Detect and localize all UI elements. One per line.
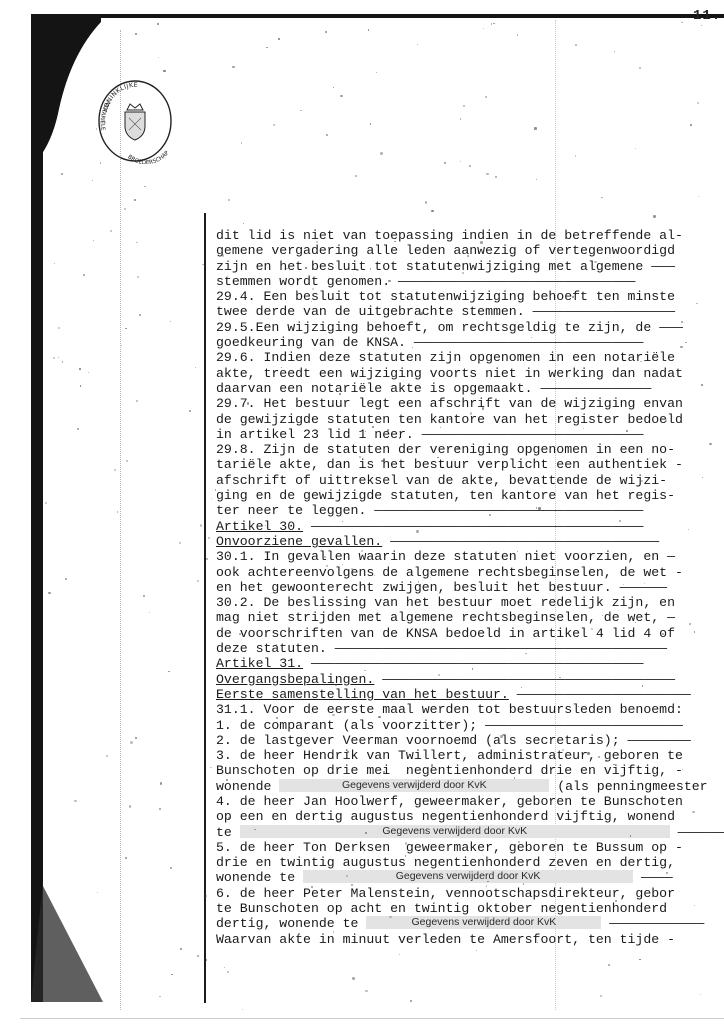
text-line: 30.1. In gevallen waarin deze statuten n… <box>216 549 724 564</box>
filler-dash-line: — <box>667 549 675 564</box>
text-line: Eerste samenstelling van het bestuur. ——… <box>216 687 724 702</box>
text-line-content: Waarvan akte in minuut verleden te Amers… <box>216 932 675 947</box>
text-line-content: te <box>216 825 240 840</box>
text-line: drie en twintig augustus negentienhonder… <box>216 855 724 870</box>
text-line: en het gewoonterecht zwijgen, besluit he… <box>216 580 724 595</box>
scan-bottom-shadow <box>31 880 111 1005</box>
scan-corner-shadow <box>31 14 101 174</box>
filler-dash-line: ——— <box>659 320 683 335</box>
text-line-content: ———————— <box>670 825 724 840</box>
filler-dash-line: ————————————————————————————————————————… <box>303 519 643 534</box>
text-line-content: 4. de heer Jan Hoolwerf, geweermaker, ge… <box>216 794 683 809</box>
text-line-content: ging en de gewijzigde statuten, ten kant… <box>216 488 675 503</box>
text-line: Bunschoten op drie mei negentienhonderd … <box>216 763 724 778</box>
filler-dash-line: ————————————————————————————————————————… <box>303 656 643 671</box>
text-line: zijn en het besluit tot statutenwijzigin… <box>216 259 724 274</box>
section-heading: Artikel 31. <box>216 656 303 671</box>
text-line-content: 3. de heer Hendrik van Twillert, adminis… <box>216 748 683 763</box>
notarial-seal-stamp: KONINKLIJKE NOTARIËLE BROEDERSCHAP <box>96 78 174 164</box>
text-line-content: 6. de heer Peter Malenstein, vennootscha… <box>216 886 675 901</box>
page-number: 11. <box>693 8 721 24</box>
text-line: deze statuten. —————————————————————————… <box>216 641 724 656</box>
text-line: tariële akte, dan is het bestuur verplic… <box>216 457 724 472</box>
text-line: wonende te Gegevens verwijderd door KvK … <box>216 870 724 885</box>
text-line: 3. de heer Hendrik van Twillert, adminis… <box>216 748 724 763</box>
crowned-shield-icon <box>125 104 145 140</box>
text-line-content: drie en twintig augustus negentienhonder… <box>216 855 675 870</box>
text-line: afschrift of uittreksel van de akte, bev… <box>216 473 724 488</box>
text-line-content: wonende <box>216 779 279 794</box>
text-line-content: wonende te <box>216 870 303 885</box>
stamp-right-text: BROEDERSCHAP <box>126 150 171 164</box>
text-line-content: in artikel 23 lid 1 neer. <box>216 427 422 442</box>
text-line-content: ook achtereenvolgens de algemene rechtsb… <box>216 565 683 580</box>
text-line: 5. de heer Ton Derksen geweermaker, gebo… <box>216 840 724 855</box>
redaction-box: Gegevens verwijderd door KvK <box>366 916 601 929</box>
text-line: ter neer te leggen. ————————————————————… <box>216 503 724 518</box>
text-line-content: 29.7. Het bestuur legt een afschrift van… <box>216 396 683 411</box>
text-line: dertig, wonende te Gegevens verwijderd d… <box>216 916 724 931</box>
filler-dash-line: —————————————————————— <box>509 687 691 702</box>
section-heading: Overgangsbepalingen. <box>216 672 374 687</box>
text-line-content: tariële akte, dan is het bestuur verplic… <box>216 457 683 472</box>
text-line-content: op een en dertig augustus negentienhonde… <box>216 809 675 824</box>
text-line: ook achtereenvolgens de algemene rechtsb… <box>216 565 724 580</box>
filler-dash-line: ———————— <box>628 733 691 748</box>
svg-text:BROEDERSCHAP: BROEDERSCHAP <box>126 150 171 164</box>
punch-hole-dotted-line <box>120 30 121 1010</box>
text-line: 6. de heer Peter Malenstein, vennootscha… <box>216 886 724 901</box>
text-line: 29.6. Indien deze statuten zijn opgenome… <box>216 350 724 365</box>
svg-text:NOTARIËLE: NOTARIËLE <box>99 100 111 132</box>
text-line: 31.1. Voor de eerste maal werden tot bes… <box>216 702 724 717</box>
scan-top-edge <box>32 14 724 18</box>
redaction-box: Gegevens verwijderd door KvK <box>279 779 549 792</box>
filler-dash-line: ————————————————————————————— <box>414 335 644 350</box>
text-line-content: afschrift of uittreksel van de akte, bev… <box>216 473 667 488</box>
section-heading: Eerste samenstelling van het bestuur. <box>216 687 509 702</box>
text-line: 2. de lastgever Veerman voornoemd (als s… <box>216 733 724 748</box>
text-line-content: dertig, wonende te <box>216 916 366 931</box>
text-line-content: 29.6. Indien deze statuten zijn opgenome… <box>216 350 675 365</box>
text-line: twee derde van de uitgebrachte stemmen. … <box>216 304 724 319</box>
filler-dash-line: ————————————————————————————————————————… <box>335 641 667 656</box>
text-line: Artikel 30. ————————————————————————————… <box>216 519 724 534</box>
text-line: 30.2. De beslissing van het bestuur moet… <box>216 595 724 610</box>
text-line: ging en de gewijzigde statuten, ten kant… <box>216 488 724 503</box>
filler-dash-line: ————————————————————————— <box>485 718 683 733</box>
filler-dash-line: ——— <box>651 259 675 274</box>
text-line-content: akte, treedt een wijziging voorts niet i… <box>216 366 683 381</box>
text-line: de voorschriften van de KNSA bedoeld in … <box>216 626 724 641</box>
filler-dash-line: —————————————————— <box>533 304 675 319</box>
text-line: Artikel 31. ————————————————————————————… <box>216 656 724 671</box>
text-line-content: ———————————— <box>601 916 704 931</box>
filler-dash-line: —————————————————————————————— <box>398 274 635 289</box>
text-line-content: (als penningmeester <box>549 779 707 794</box>
filler-dash-line: ————————————————————————————————————— <box>374 672 675 687</box>
text-line-content: 29.5.Een wijziging behoeft, om rechtsgel… <box>216 320 659 335</box>
text-line: Overgangsbepalingen. ———————————————————… <box>216 672 724 687</box>
text-line: 1. de comparant (als voorzitter); ——————… <box>216 718 724 733</box>
filler-dash-line: —————————————— <box>540 381 651 396</box>
text-line-content: 29.8. Zijn de statuten der vereniging op… <box>216 442 675 457</box>
text-line-content: gemene vergadering alle leden aanwezig o… <box>216 243 675 258</box>
text-line: goedkeuring van de KNSA. ———————————————… <box>216 335 724 350</box>
text-line-content: te Bunschoten op acht en twintig oktober… <box>216 901 667 916</box>
text-line-content: daarvan een notariële akte is opgemaakt. <box>216 381 540 396</box>
text-line: Onvoorziene gevallen. ——————————————————… <box>216 534 724 549</box>
redaction-box: Gegevens verwijderd door KvK <box>303 870 633 883</box>
filler-dash-line: —————————————————————————————————— <box>374 503 643 518</box>
text-line-content: dit lid is niet van toepassing indien in… <box>216 228 683 243</box>
text-line: gemene vergadering alle leden aanwezig o… <box>216 243 724 258</box>
text-line: dit lid is niet van toepassing indien in… <box>216 228 724 243</box>
text-line: mag niet strijden met algemene rechtsbeg… <box>216 610 724 625</box>
deed-text-body: dit lid is niet van toepassing indien in… <box>216 228 724 947</box>
text-line-content: stemmen wordt genomen. <box>216 274 398 289</box>
text-line-content: de voorschriften van de KNSA bedoeld in … <box>216 626 675 641</box>
text-line: Waarvan akte in minuut verleden te Amers… <box>216 932 724 947</box>
text-line: te Gegevens verwijderd door KvK ———————— <box>216 825 724 840</box>
text-line-content: twee derde van de uitgebrachte stemmen. <box>216 304 533 319</box>
filler-dash-line: ———————————————————————————— <box>422 427 644 442</box>
text-line: 4. de heer Jan Hoolwerf, geweermaker, ge… <box>216 794 724 809</box>
text-line-content: 2. de lastgever Veerman voornoemd (als s… <box>216 733 628 748</box>
text-line: in artikel 23 lid 1 neer. ——————————————… <box>216 427 724 442</box>
text-line: 29.4. Een besluit tot statutenwijziging … <box>216 289 724 304</box>
text-line: op een en dertig augustus negentienhonde… <box>216 809 724 824</box>
text-line-content: 29.4. Een besluit tot statutenwijziging … <box>216 289 675 304</box>
section-heading: Onvoorziene gevallen. <box>216 534 382 549</box>
text-line-content: ter neer te leggen. <box>216 503 374 518</box>
text-line: 29.5.Een wijziging behoeft, om rechtsgel… <box>216 320 724 335</box>
text-line-content: goedkeuring van de KNSA. <box>216 335 414 350</box>
text-line: 29.7. Het bestuur legt een afschrift van… <box>216 396 724 411</box>
stamp-left-text: NOTARIËLE <box>99 100 111 132</box>
text-line-content: 5. de heer Ton Derksen geweermaker, gebo… <box>216 840 683 855</box>
text-line-content: 1. de comparant (als voorzitter); <box>216 718 485 733</box>
text-line: te Bunschoten op acht en twintig oktober… <box>216 901 724 916</box>
scan-bottom-edge <box>20 1018 724 1019</box>
text-line-content: zijn en het besluit tot statutenwijzigin… <box>216 259 651 274</box>
filler-dash-line: — <box>667 610 675 625</box>
text-line-content: 30.2. De beslissing van het bestuur moet… <box>216 595 675 610</box>
text-line-content: 31.1. Voor de eerste maal werden tot bes… <box>216 702 683 717</box>
redaction-box: Gegevens verwijderd door KvK <box>240 825 670 838</box>
text-line: wonende Gegevens verwijderd door KvK (al… <box>216 779 724 794</box>
filler-dash-line: —————————————————————————————————— <box>382 534 659 549</box>
text-line-content: Bunschoten op drie mei negentienhonderd … <box>216 763 683 778</box>
text-line-content: 30.1. In gevallen waarin deze statuten n… <box>216 549 667 564</box>
text-line-content: mag niet strijden met algemene rechtsbeg… <box>216 610 667 625</box>
text-line: stemmen wordt genomen. —————————————————… <box>216 274 724 289</box>
text-line: akte, treedt een wijziging voorts niet i… <box>216 366 724 381</box>
section-heading: Artikel 30. <box>216 519 303 534</box>
text-line: 29.8. Zijn de statuten der vereniging op… <box>216 442 724 457</box>
text-margin-rule <box>204 213 206 1003</box>
scanned-document-page: 11. KONINKLIJKE NOTARIËLE BROEDERSCHAP d… <box>0 0 724 1024</box>
text-line: daarvan een notariële akte is opgemaakt.… <box>216 381 724 396</box>
